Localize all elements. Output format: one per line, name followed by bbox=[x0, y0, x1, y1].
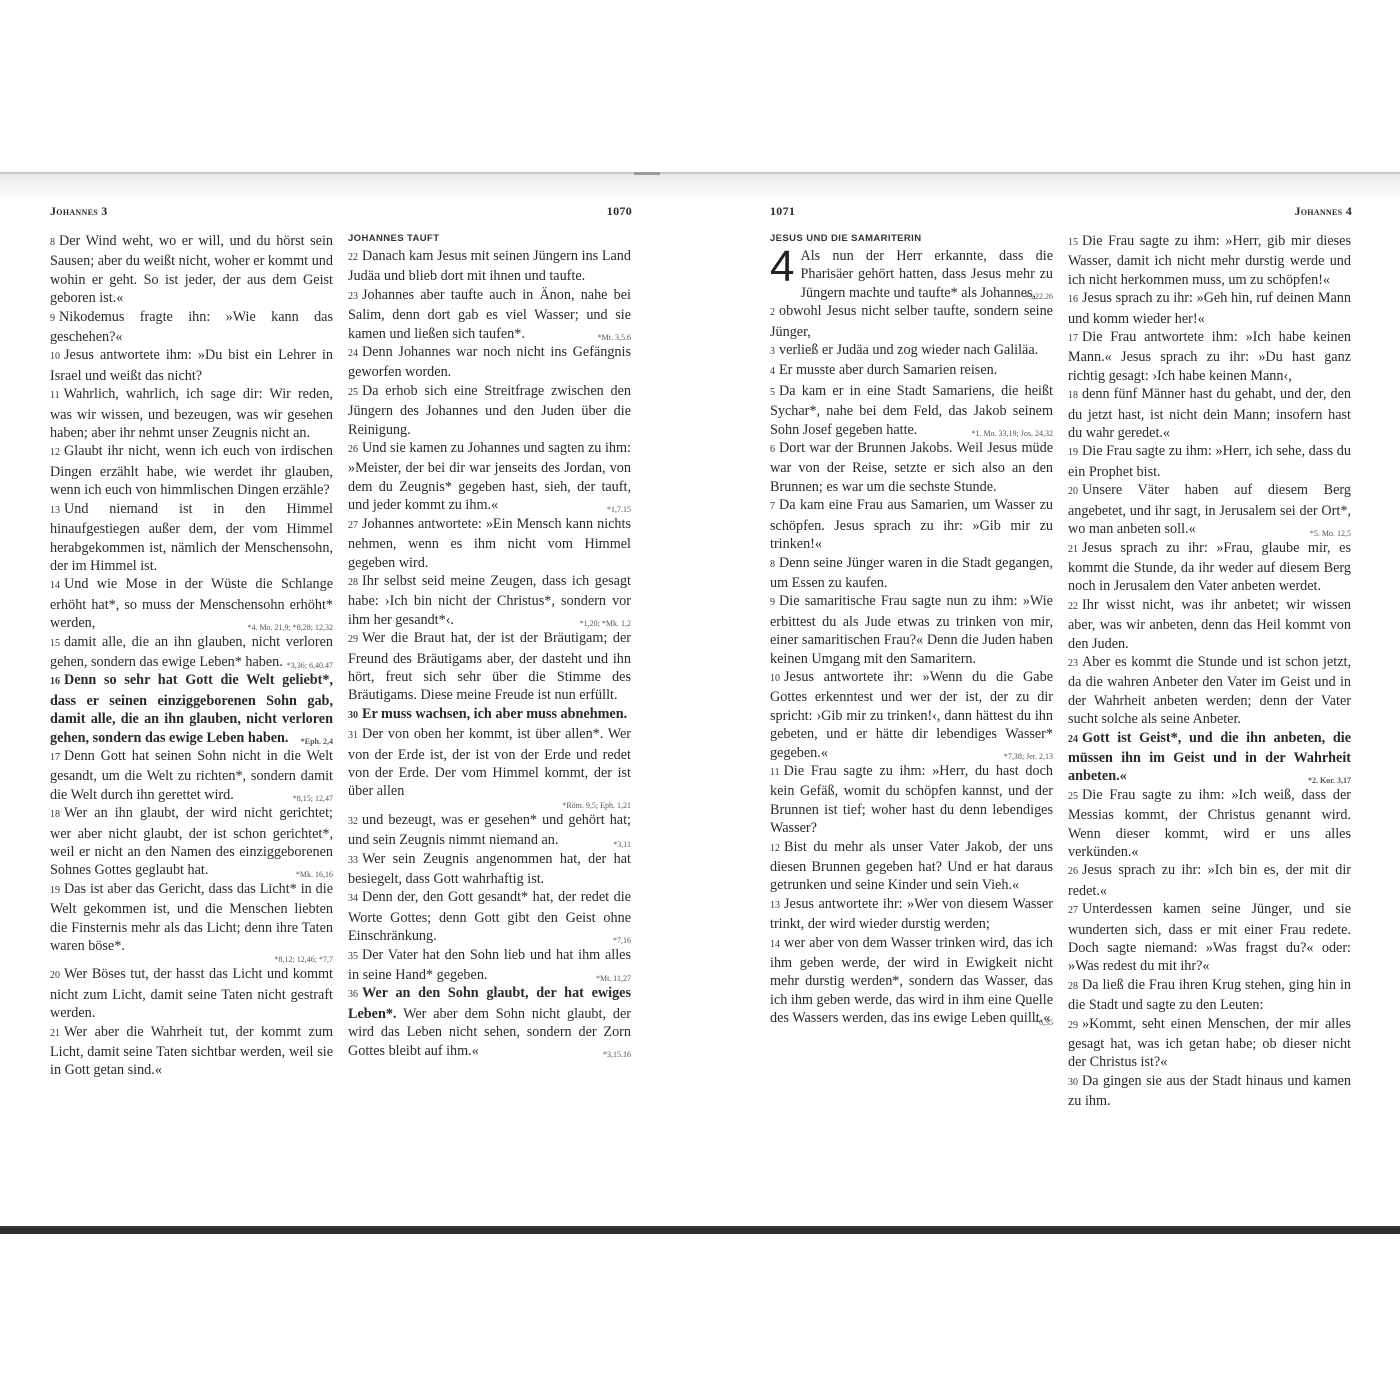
verse-text: Die Frau sagte zu ihm: »Herr, du hast do… bbox=[770, 763, 1053, 836]
verse: 34Denn der, den Gott gesandt* hat, der r… bbox=[348, 888, 631, 945]
verse-number: 19 bbox=[50, 885, 60, 896]
verse: 11Die Frau sagte zu ihm: »Herr, du hast … bbox=[770, 762, 1053, 838]
verse: 23Aber es kommt die Stunde und ist schon… bbox=[1068, 653, 1351, 729]
verse: 28Ihr selbst seid meine Zeugen, dass ich… bbox=[348, 572, 631, 629]
verse-number: 36 bbox=[348, 989, 358, 1000]
verse-number: 33 bbox=[348, 855, 358, 866]
verse-text: verließ er Judäa und zog wieder nach Gal… bbox=[779, 342, 1038, 358]
verse: 22Ihr wisst nicht, was ihr anbetet; wir … bbox=[1068, 596, 1351, 653]
verse-number: 15 bbox=[50, 638, 60, 649]
verse: 13Und niemand ist in den Himmel hinaufge… bbox=[50, 500, 333, 576]
verse-number: 30 bbox=[348, 710, 358, 721]
verse-number: 32 bbox=[348, 816, 358, 827]
verse-text: Wer Böses tut, der hasst das Licht und k… bbox=[50, 966, 333, 1021]
left-running-head: Johannes 3 1070 bbox=[50, 204, 632, 220]
verse-text: Da gingen sie aus der Stadt hinaus und k… bbox=[1068, 1073, 1351, 1109]
verse-text: Jesus antwortete ihr: »Wer von diesem Wa… bbox=[770, 896, 1053, 932]
right-column-1: Jesus und die Samariterin 4Als nun der H… bbox=[770, 232, 1053, 1028]
verse-text: Denn so sehr hat Gott die Welt geliebt*,… bbox=[50, 672, 333, 745]
verse-number: 17 bbox=[1068, 333, 1078, 344]
verse-text: Jesus sprach zu ihr: »Frau, glaube mir, … bbox=[1068, 540, 1351, 595]
verse-text: Und niemand ist in den Himmel hinaufgest… bbox=[50, 501, 333, 574]
verse-text: Und sie kamen zu Johannes und sagten zu … bbox=[348, 440, 631, 513]
verse-number: 28 bbox=[348, 577, 358, 588]
verse-text: »Kommt, seht einen Menschen, der mir all… bbox=[1068, 1016, 1351, 1071]
verse: 26Und sie kamen zu Johannes und sagten z… bbox=[348, 439, 631, 515]
verse-number: 13 bbox=[770, 900, 780, 911]
verse-number: 11 bbox=[50, 390, 60, 401]
verse-number: 10 bbox=[770, 673, 780, 684]
verse: 24Gott ist Geist*, und die ihn anbeten, … bbox=[1068, 729, 1351, 786]
verse-text: Danach kam Jesus mit seinen Jüngern ins … bbox=[348, 248, 631, 284]
verse: 28Da ließ die Frau ihren Krug stehen, gi… bbox=[1068, 976, 1351, 1015]
verse-number: 16 bbox=[50, 676, 60, 687]
verse-number: 21 bbox=[50, 1028, 60, 1039]
verse-number: 22 bbox=[1068, 601, 1078, 612]
verse-number: 30 bbox=[1068, 1077, 1078, 1088]
verse: 8Denn seine Jünger waren in die Stadt ge… bbox=[770, 554, 1053, 593]
verse: 17Die Frau antwortete ihm: »Ich habe kei… bbox=[1068, 328, 1351, 385]
verse-text: Bist du mehr als unser Vater Jakob, der … bbox=[770, 839, 1053, 894]
verse-list: 4Als nun der Herr erkannte, dass die Pha… bbox=[770, 247, 1053, 1028]
verse: 18Wer an ihn glaubt, der wird nicht geri… bbox=[50, 804, 333, 880]
left-column-1: 8Der Wind weht, wo er will, und du hörst… bbox=[50, 232, 333, 1080]
verse: 4Er musste aber durch Samarien reisen. bbox=[770, 361, 1053, 381]
page-number: 1071 bbox=[770, 204, 795, 219]
verse: 15damit alle, die an ihn glauben, nicht … bbox=[50, 633, 333, 672]
verse-text: Wer an ihn glaubt, der wird nicht gerich… bbox=[50, 805, 333, 878]
verse: 29Wer die Braut hat, der ist der Bräutig… bbox=[348, 629, 631, 705]
verse-text: Aber es kommt die Stunde und ist schon j… bbox=[1068, 654, 1351, 727]
verse-number: 14 bbox=[770, 939, 780, 950]
verse: 24Denn Johannes war noch nicht ins Gefän… bbox=[348, 343, 631, 382]
verse-number: 24 bbox=[348, 348, 358, 359]
verse-text: Jesus sprach zu ihr: »Geh hin, ruf deine… bbox=[1068, 290, 1351, 326]
verse-list: 22Danach kam Jesus mit seinen Jüngern in… bbox=[348, 247, 631, 1060]
verse: 8Der Wind weht, wo er will, und du hörst… bbox=[50, 232, 333, 308]
verse: 20Unsere Väter haben auf diesem Berg ang… bbox=[1068, 481, 1351, 538]
right-running-head: 1071 Johannes 4 bbox=[770, 204, 1352, 220]
verse: 21Wer aber die Wahrheit tut, der kommt z… bbox=[50, 1023, 333, 1080]
verse-number: 9 bbox=[770, 597, 775, 608]
verse: 19Das ist aber das Gericht, dass das Lic… bbox=[50, 880, 333, 966]
verse: 23Johannes aber taufte auch in Änon, nah… bbox=[348, 286, 631, 343]
verse-number: 29 bbox=[1068, 1020, 1078, 1031]
verse-text: Die Frau antwortete ihm: »Ich habe keine… bbox=[1068, 329, 1351, 384]
verse-number: 14 bbox=[50, 580, 60, 591]
running-title: Johannes 4 bbox=[1294, 204, 1352, 219]
verse: 14Und wie Mose in der Wüste die Schlange… bbox=[50, 575, 333, 632]
verse: 10Jesus antwortete ihm: »Du bist ein Leh… bbox=[50, 346, 333, 385]
verse-number: 9 bbox=[50, 313, 55, 324]
verse: 29»Kommt, seht einen Menschen, der mir a… bbox=[1068, 1015, 1351, 1072]
verse-number: 26 bbox=[348, 444, 358, 455]
verse: 17Denn Gott hat seinen Sohn nicht in die… bbox=[50, 747, 333, 804]
verse-number: 2 bbox=[770, 307, 775, 318]
verse-number: 10 bbox=[50, 351, 60, 362]
verse-number: 18 bbox=[1068, 390, 1078, 401]
verse-text: Denn Johannes war noch nicht ins Gefängn… bbox=[348, 344, 631, 380]
verse: 32und bezeugt, was er gesehen* und gehör… bbox=[348, 811, 631, 850]
verse-number: 17 bbox=[50, 752, 60, 763]
verse-text: Da erhob sich eine Streitfrage zwischen … bbox=[348, 383, 631, 438]
verse-text: Ihr wisst nicht, was ihr anbetet; wir wi… bbox=[1068, 597, 1351, 652]
verse-text: Glaubt ihr nicht, wenn ich euch von irdi… bbox=[50, 443, 333, 498]
page-bottom-edge bbox=[0, 1228, 1400, 1234]
verse-text: Jesus antwortete ihm: »Du bist ein Lehre… bbox=[50, 347, 333, 383]
verse-number: 23 bbox=[348, 291, 358, 302]
verse-number: 16 bbox=[1068, 294, 1078, 305]
verse-text: denn fünf Männer hast du gehabt, und der… bbox=[1068, 386, 1351, 441]
left-column-2: Johannes tauft 22Danach kam Jesus mit se… bbox=[348, 232, 631, 1060]
verse: 2obwohl Jesus nicht selber taufte, sonde… bbox=[770, 302, 1053, 341]
verse: 33Wer sein Zeugnis angenommen hat, der h… bbox=[348, 850, 631, 889]
verse: 27Johannes antwortete: »Ein Mensch kann … bbox=[348, 515, 631, 572]
verse: 18denn fünf Männer hast du gehabt, und d… bbox=[1068, 385, 1351, 442]
verse-text: Wahrlich, wahrlich, ich sage dir: Wir re… bbox=[50, 386, 333, 441]
verse-number: 27 bbox=[348, 520, 358, 531]
verse-number: 25 bbox=[348, 387, 358, 398]
verse-text: Unterdessen kamen seine Jünger, und sie … bbox=[1068, 901, 1351, 974]
verse-number: 12 bbox=[770, 843, 780, 854]
verse-text: Der von oben her kommt, ist über allen*.… bbox=[348, 726, 631, 799]
verse-number: 27 bbox=[1068, 905, 1078, 916]
verse-text: Die Frau sagte zu ihm: »Herr, gib mir di… bbox=[1068, 233, 1351, 288]
section-heading: Jesus und die Samariterin bbox=[770, 232, 1053, 246]
running-title: Johannes 3 bbox=[50, 204, 108, 219]
verse: 16Jesus sprach zu ihr: »Geh hin, ruf dei… bbox=[1068, 289, 1351, 328]
verse: 25Die Frau sagte zu ihm: »Ich weiß, dass… bbox=[1068, 786, 1351, 862]
verse-number: 25 bbox=[1068, 791, 1078, 802]
verse-number: 8 bbox=[770, 559, 775, 570]
chapter-number: 4 bbox=[770, 249, 794, 285]
verse-text: obwohl Jesus nicht selber taufte, sonder… bbox=[770, 303, 1053, 339]
verse: 5Da kam er in eine Stadt Samariens, die … bbox=[770, 382, 1053, 439]
verse-text: Wer aber die Wahrheit tut, der kommt zum… bbox=[50, 1024, 333, 1079]
verse-text: Denn seine Jünger waren in die Stadt geg… bbox=[770, 555, 1053, 591]
right-column-2: 15Die Frau sagte zu ihm: »Herr, gib mir … bbox=[1068, 232, 1351, 1111]
verse-number: 20 bbox=[50, 970, 60, 981]
verse: 12Glaubt ihr nicht, wenn ich euch von ir… bbox=[50, 442, 333, 499]
verse: 4Als nun der Herr erkannte, dass die Pha… bbox=[770, 247, 1053, 302]
verse-text: Als nun der Herr erkannte, dass die Phar… bbox=[800, 248, 1053, 301]
verse-number: 24 bbox=[1068, 734, 1078, 745]
verse-text: Da ließ die Frau ihren Krug stehen, ging… bbox=[1068, 977, 1351, 1013]
right-page: 1071 Johannes 4 Jesus und die Samariteri… bbox=[770, 174, 1352, 1174]
verse: 9Die samaritische Frau sagte nun zu ihm:… bbox=[770, 592, 1053, 668]
verse-text: wer aber von dem Wasser trinken wird, da… bbox=[770, 935, 1053, 1027]
verse-text: Er musste aber durch Samarien reisen. bbox=[779, 362, 997, 378]
verse-text: Dort war der Brunnen Jakobs. Weil Jesus … bbox=[770, 440, 1053, 495]
verse-text: Wer die Braut hat, der ist der Bräutigam… bbox=[348, 630, 631, 703]
verse-number: 28 bbox=[1068, 981, 1078, 992]
verse-text: Der Wind weht, wo er will, und du hörst … bbox=[50, 233, 333, 306]
verse-text: Jesus antwortete ihr: »Wenn du die Gabe … bbox=[770, 669, 1053, 761]
verse-text: Die Frau sagte zu ihm: »Herr, ich sehe, … bbox=[1068, 443, 1351, 479]
verse-number: 4 bbox=[770, 366, 775, 377]
verse-number: 7 bbox=[770, 501, 775, 512]
verse: 19Die Frau sagte zu ihm: »Herr, ich sehe… bbox=[1068, 442, 1351, 481]
verse-number: 29 bbox=[348, 634, 358, 645]
verse-text: Wer sein Zeugnis angenommen hat, der hat… bbox=[348, 851, 631, 887]
verse-number: 34 bbox=[348, 893, 358, 904]
verse-number: 31 bbox=[348, 730, 358, 741]
verse-number: 12 bbox=[50, 447, 60, 458]
verse-number: 19 bbox=[1068, 447, 1078, 458]
verse: 9Nikodemus fragte ihn: »Wie kann das ges… bbox=[50, 308, 333, 347]
gutter-mark bbox=[634, 172, 660, 175]
verse: 25Da erhob sich eine Streitfrage zwische… bbox=[348, 382, 631, 439]
verse: 6Dort war der Brunnen Jakobs. Weil Jesus… bbox=[770, 439, 1053, 496]
verse: 10Jesus antwortete ihr: »Wenn du die Gab… bbox=[770, 668, 1053, 762]
verse-number: 8 bbox=[50, 237, 55, 248]
verse-text: Nikodemus fragte ihn: »Wie kann das gesc… bbox=[50, 309, 333, 345]
verse-number: 3 bbox=[770, 346, 775, 357]
verse: 13Jesus antwortete ihr: »Wer von diesem … bbox=[770, 895, 1053, 934]
verse-number: 22 bbox=[348, 252, 358, 263]
verse-number: 23 bbox=[1068, 658, 1078, 669]
verse-text: Die samaritische Frau sagte nun zu ihm: … bbox=[770, 593, 1053, 666]
cross-reference: *Röm. 9,5; Eph. 1,21 bbox=[348, 801, 631, 811]
verse-text: Johannes antwortete: »Ein Mensch kann ni… bbox=[348, 516, 631, 571]
section-heading: Johannes tauft bbox=[348, 232, 631, 246]
verse-text: Da kam eine Frau aus Samarien, um Wasser… bbox=[770, 497, 1053, 552]
verse: 14wer aber von dem Wasser trinken wird, … bbox=[770, 934, 1053, 1028]
verse-text: Die Frau sagte zu ihm: »Ich weiß, dass d… bbox=[1068, 787, 1351, 860]
verse-number: 11 bbox=[770, 767, 780, 778]
verse: 21Jesus sprach zu ihr: »Frau, glaube mir… bbox=[1068, 539, 1351, 596]
verse: 7Da kam eine Frau aus Samarien, um Wasse… bbox=[770, 496, 1053, 553]
verse-number: 6 bbox=[770, 444, 775, 455]
verse-number: 35 bbox=[348, 951, 358, 962]
verse: 15Die Frau sagte zu ihm: »Herr, gib mir … bbox=[1068, 232, 1351, 289]
verse: 30Da gingen sie aus der Stadt hinaus und… bbox=[1068, 1072, 1351, 1111]
verse: 22Danach kam Jesus mit seinen Jüngern in… bbox=[348, 247, 631, 286]
verse: 31Der von oben her kommt, ist über allen… bbox=[348, 725, 631, 811]
verse: 3verließ er Judäa und zog wieder nach Ga… bbox=[770, 341, 1053, 361]
page-number: 1070 bbox=[607, 204, 632, 219]
left-page: Johannes 3 1070 8Der Wind weht, wo er wi… bbox=[50, 174, 632, 1174]
verse-number: 13 bbox=[50, 505, 60, 516]
cross-reference: *8,12; 12,46; *7,7 bbox=[50, 955, 333, 965]
verse-number: 21 bbox=[1068, 544, 1078, 555]
verse-number: 18 bbox=[50, 809, 60, 820]
verse-text: Das ist aber das Gericht, dass das Licht… bbox=[50, 881, 333, 954]
verse: 26Jesus sprach zu ihr: »Ich bin es, der … bbox=[1068, 861, 1351, 900]
verse: 12Bist du mehr als unser Vater Jakob, de… bbox=[770, 838, 1053, 895]
verse-number: 5 bbox=[770, 387, 775, 398]
verse: 36Wer an den Sohn glaubt, der hat ewiges… bbox=[348, 984, 631, 1060]
verse-text: Er muss wachsen, ich aber muss abnehmen. bbox=[362, 706, 627, 722]
verse: 30Er muss wachsen, ich aber muss abnehme… bbox=[348, 705, 631, 725]
verse-number: 20 bbox=[1068, 486, 1078, 497]
verse: 11Wahrlich, wahrlich, ich sage dir: Wir … bbox=[50, 385, 333, 442]
verse-text: Jesus sprach zu ihr: »Ich bin es, der mi… bbox=[1068, 862, 1351, 898]
book-spread: Johannes 3 1070 8Der Wind weht, wo er wi… bbox=[0, 172, 1400, 1226]
verse: 20Wer Böses tut, der hasst das Licht und… bbox=[50, 965, 333, 1022]
verse: 35Der Vater hat den Sohn lieb und hat ih… bbox=[348, 946, 631, 985]
verse: 27Unterdessen kamen seine Jünger, und si… bbox=[1068, 900, 1351, 976]
verse-number: 26 bbox=[1068, 866, 1078, 877]
verse-number: 15 bbox=[1068, 237, 1078, 248]
verse: 16Denn so sehr hat Gott die Welt geliebt… bbox=[50, 671, 333, 747]
